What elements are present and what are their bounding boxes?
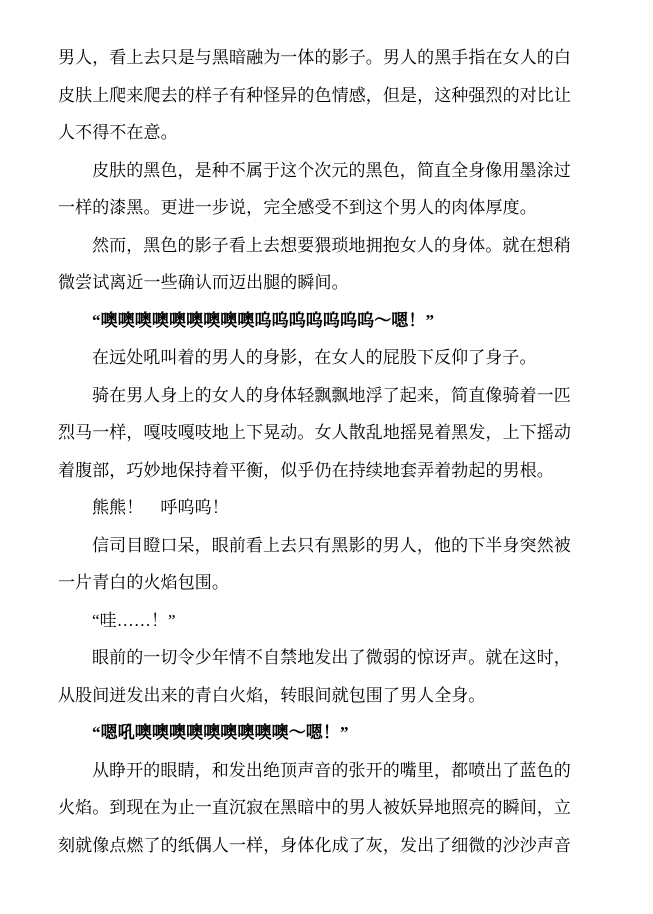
dialogue-line: “噢噢噢噢噢噢噢噢噢呜呜呜呜呜呜呜～嗯！” bbox=[58, 302, 563, 340]
text-line: 微尝试离近一些确认而迈出腿的瞬间。 bbox=[58, 264, 563, 302]
text-line: 骑在男人身上的女人的身体轻飘飘地浮了起来，简直像骑着一匹 bbox=[58, 377, 563, 415]
text-line: 从睁开的眼睛，和发出绝顶声音的张开的嘴里，都喷出了蓝色的 bbox=[58, 752, 563, 790]
text-line: 信司目瞪口呆，眼前看上去只有黑影的男人，他的下半身突然被 bbox=[58, 527, 563, 565]
text-line: 人不得不在意。 bbox=[58, 114, 563, 152]
dialogue-line: “嗯吼噢噢噢噢噢噢噢噢噢～嗯！” bbox=[58, 714, 563, 752]
text-line: 男人，看上去只是与黑暗融为一体的影子。男人的黑手指在女人的白 bbox=[58, 39, 563, 77]
text-block: 男人，看上去只是与黑暗融为一体的影子。男人的黑手指在女人的白皮肤上爬来爬去的样子… bbox=[58, 39, 563, 864]
text-line: 一样的漆黑。更进一步说，完全感受不到这个男人的肉体厚度。 bbox=[58, 189, 563, 227]
text-line: 着腹部，巧妙地保持着平衡，似乎仍在持续地套弄着勃起的男根。 bbox=[58, 452, 563, 490]
text-line: 一片青白的火焰包围。 bbox=[58, 564, 563, 602]
text-line: 在远处吼叫着的男人的身影，在女人的屁股下反仰了身子。 bbox=[58, 339, 563, 377]
text-line: 皮肤的黑色，是种不属于这个次元的黑色，简直全身像用墨涂过 bbox=[58, 152, 563, 190]
text-line: 皮肤上爬来爬去的样子有种怪异的色情感，但是，这种强烈的对比让 bbox=[58, 77, 563, 115]
document-page: 男人，看上去只是与黑暗融为一体的影子。男人的黑手指在女人的白皮肤上爬来爬去的样子… bbox=[0, 0, 653, 914]
text-line: 火焰。到现在为止一直沉寂在黑暗中的男人被妖异地照亮的瞬间，立 bbox=[58, 789, 563, 827]
text-line: 刻就像点燃了的纸偶人一样，身体化成了灰，发出了细微的沙沙声音 bbox=[58, 827, 563, 865]
text-line: 烈马一样，嘎吱嘎吱地上下晃动。女人散乱地摇晃着黑发，上下摇动 bbox=[58, 414, 563, 452]
text-line: 熊熊！ 呼呜呜！ bbox=[58, 489, 563, 527]
dialogue-line: “哇……！” bbox=[58, 602, 563, 640]
text-line: 然而，黑色的影子看上去想要猥琐地拥抱女人的身体。就在想稍 bbox=[58, 227, 563, 265]
text-line: 从股间迸发出来的青白火焰，转眼间就包围了男人全身。 bbox=[58, 677, 563, 715]
text-line: 眼前的一切令少年情不自禁地发出了微弱的惊讶声。就在这时， bbox=[58, 639, 563, 677]
